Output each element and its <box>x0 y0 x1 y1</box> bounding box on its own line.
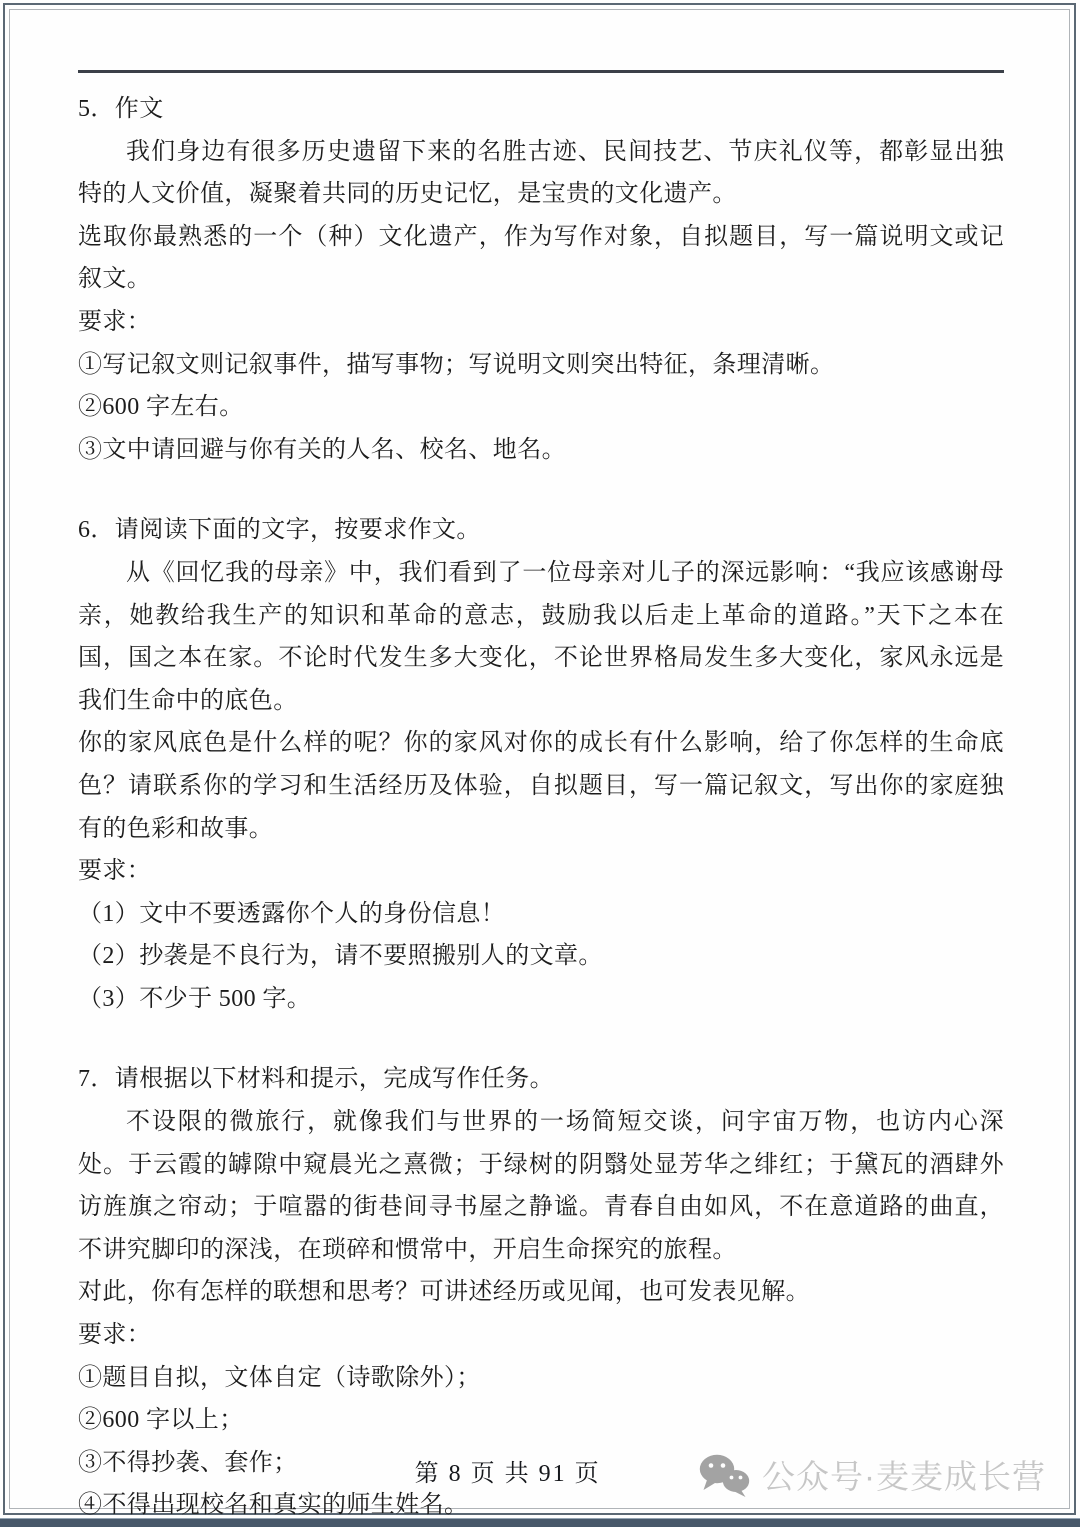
q6-requirement-1: （1）文中不要透露你个人的身份信息！ <box>78 893 1004 936</box>
q6-requirement-2: （2）抄袭是不良行为，请不要照搬别人的文章。 <box>78 935 1004 978</box>
q7-material-paragraph: 不设限的微旅行，就像我们与世界的一场简短交谈，问宇宙万物，也访内心深处。于云霞的… <box>78 1101 1004 1271</box>
q7-requirement-2: ②600 字以上； <box>78 1399 1004 1442</box>
page-number: 第 8 页 共 91 页 <box>415 1453 601 1488</box>
question-5-heading: 5．作文 <box>78 88 1004 131</box>
document-page: 5．作文 我们身边有很多历史遗留下来的名胜古迹、民间技艺、节庆礼仪等，都彰显出独… <box>0 0 1080 1527</box>
question-6-section: 6．请阅读下面的文字，按要求作文。 从《回忆我的母亲》中，我们看到了一位母亲对儿… <box>78 509 1004 1020</box>
watermark: 公众号·麦麦成长营 <box>698 1451 1046 1498</box>
watermark-text: 公众号·麦麦成长营 <box>762 1451 1046 1498</box>
q5-task-paragraph: 选取你最熟悉的一个（种）文化遗产，作为写作对象，自拟题目，写一篇说明文或记叙文。 <box>78 216 1004 301</box>
section-gap <box>78 471 1004 509</box>
q6-task-paragraph: 你的家风底色是什么样的呢？你的家风对你的成长有什么影响，给了你怎样的生命底色？请… <box>78 722 1004 850</box>
q5-requirements-label: 要求： <box>78 301 1004 344</box>
q5-intro-paragraph: 我们身边有很多历史遗留下来的名胜古迹、民间技艺、节庆礼仪等，都彰显出独特的人文价… <box>78 131 1004 216</box>
q6-requirement-3: （3）不少于 500 字。 <box>78 978 1004 1021</box>
q6-material-paragraph: 从《回忆我的母亲》中，我们看到了一位母亲对儿子的深远影响：“我应该感谢母亲，她教… <box>78 552 1004 722</box>
q7-requirement-1: ①题目自拟，文体自定（诗歌除外）； <box>78 1357 1004 1400</box>
q5-requirement-1: ①写记叙文则记叙事件，描写事物；写说明文则突出特征，条理清晰。 <box>78 344 1004 387</box>
q5-requirement-2: ②600 字左右。 <box>78 386 1004 429</box>
page-footer: 第 8 页 共 91 页 公众号·麦麦成长营 <box>0 1437 1080 1501</box>
wechat-icon <box>698 1453 750 1497</box>
question-7-heading: 7．请根据以下材料和提示，完成写作任务。 <box>78 1058 1004 1101</box>
section-gap <box>78 1020 1004 1058</box>
question-6-heading: 6．请阅读下面的文字，按要求作文。 <box>78 509 1004 552</box>
header-rule <box>78 70 1004 73</box>
q6-requirements-label: 要求： <box>78 850 1004 893</box>
q7-task-paragraph: 对此，你有怎样的联想和思考？可讲述经历或见闻，也可发表见解。 <box>78 1271 1004 1314</box>
bottom-edge-band <box>0 1518 1080 1527</box>
q7-requirements-label: 要求： <box>78 1314 1004 1357</box>
document-content: 5．作文 我们身边有很多历史遗留下来的名胜古迹、民间技艺、节庆礼仪等，都彰显出独… <box>78 0 1004 1527</box>
q5-requirement-3: ③文中请回避与你有关的人名、校名、地名。 <box>78 429 1004 472</box>
question-5-section: 5．作文 我们身边有很多历史遗留下来的名胜古迹、民间技艺、节庆礼仪等，都彰显出独… <box>78 88 1004 471</box>
